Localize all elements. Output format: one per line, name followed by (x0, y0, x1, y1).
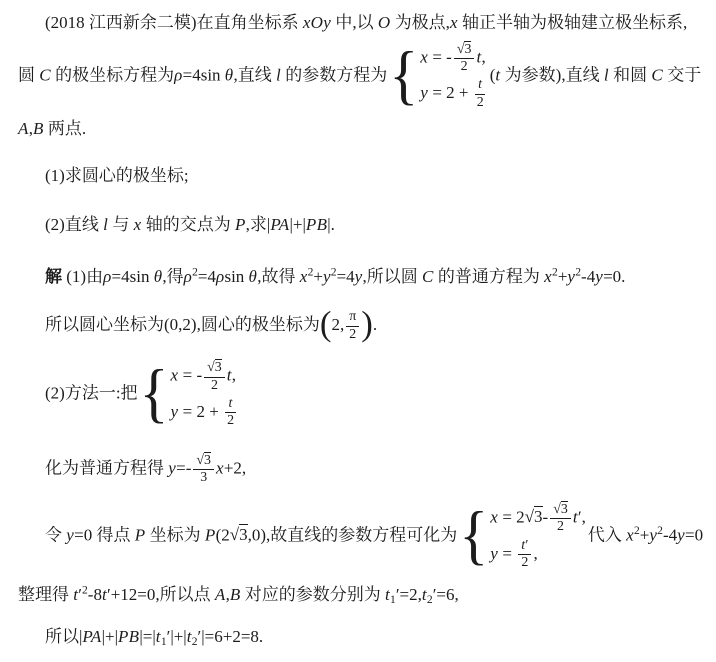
math-variable: y (595, 267, 603, 286)
fraction-denominator: 2 (209, 378, 220, 394)
math-variable: t (228, 396, 232, 411)
math-variable: xOy (303, 13, 331, 32)
solution-line-3: (2)方法一:把{x = -√32t,y = 2 + t2 (18, 359, 704, 430)
tall-paren: ( (320, 304, 332, 343)
math-variable: x (171, 365, 179, 384)
fraction: √32 (204, 359, 225, 394)
math-variable: t (478, 77, 482, 92)
radical-sign-icon: √ (525, 507, 534, 526)
math-variable: y (420, 83, 428, 102)
fraction-denominator: 2 (347, 327, 358, 343)
bold-label: 解 (45, 267, 62, 286)
math-variable: ρ (103, 267, 111, 286)
math-variable: B (230, 585, 241, 604)
math-variable: t (476, 47, 481, 66)
math-document-page: (2018 江西新余二模)在直角坐标系 xOy 中,以 O 为极点,x 轴正半轴… (0, 0, 716, 650)
radical-sign-icon: √ (207, 360, 215, 375)
solution-line-1: 解 (1)由ρ=4sin θ,得ρ2=4ρsin θ,故得 x2+y2=4y,所… (18, 264, 704, 290)
math-variable: l (604, 65, 609, 84)
math-variable: t (227, 365, 232, 384)
math-variable: y (323, 267, 331, 286)
superscript: 2 (331, 265, 337, 278)
fraction: π2 (346, 309, 359, 343)
math-variable: θ (225, 65, 234, 84)
equation-system: {x = -√32t,y = 2 + t2 (389, 41, 487, 112)
superscript: 2 (192, 265, 198, 278)
tall-paren: ) (361, 304, 373, 343)
math-variable: x (300, 267, 308, 286)
equation-row: x = -√32t, (171, 359, 239, 394)
sqrt-radical: √3 (525, 507, 543, 526)
subscript: 1 (390, 592, 396, 605)
sqrt-radical: √3 (230, 525, 248, 544)
math-variable: y (649, 525, 657, 544)
equation-system: {x = -√32t,y = 2 + t2 (140, 359, 238, 430)
math-variable: O (378, 13, 391, 32)
math-variable: t (102, 585, 107, 604)
fraction: √32 (550, 501, 571, 536)
math-variable: l (103, 215, 108, 234)
math-variable: x (626, 525, 634, 544)
problem-equation-line: 圆 C 的极坐标方程为ρ=4sin θ,直线 l 的参数方程为{x = -√32… (18, 41, 704, 112)
superscript: 2 (82, 583, 88, 596)
fraction-denominator: 2 (519, 555, 530, 571)
math-variable: y (168, 458, 176, 477)
fraction-numerator: √3 (550, 501, 571, 519)
math-variable: P (205, 525, 216, 544)
math-variable: t (573, 507, 578, 526)
math-variable: t (521, 538, 525, 553)
math-variable: θ (154, 267, 163, 286)
fraction-numerator: π (346, 309, 359, 326)
superscript: 2 (657, 524, 663, 537)
subscript: 2 (427, 592, 433, 605)
radicand: 3 (204, 452, 211, 469)
fraction-denominator: 2 (225, 413, 236, 429)
sqrt-radical: √3 (207, 360, 222, 375)
equation-system-rows: x = -√32t,y = 2 + t2 (420, 41, 488, 112)
fraction: √32 (454, 41, 475, 76)
math-variable: ρ (174, 65, 182, 84)
math-variable: y (490, 543, 498, 562)
math-variable: t (73, 585, 78, 604)
math-variable: y (355, 267, 363, 286)
problem-intro-line: (2018 江西新余二模)在直角坐标系 xOy 中,以 O 为极点,x 轴正半轴… (18, 10, 704, 36)
fraction-numerator: √3 (454, 41, 475, 59)
superscript: 2 (575, 265, 581, 278)
radicand: 3 (239, 524, 248, 545)
subscript: 1 (161, 635, 167, 648)
fraction: t2 (475, 77, 486, 111)
left-brace-icon: { (389, 43, 418, 108)
sqrt-radical: √3 (196, 453, 211, 468)
math-variable: P (235, 215, 246, 234)
fraction-denominator: 3 (198, 470, 209, 486)
radicand: 3 (215, 359, 222, 376)
fraction-denominator: 2 (475, 95, 486, 111)
math-variable: ρ (216, 267, 224, 286)
radical-sign-icon: √ (196, 453, 204, 468)
fraction: t2 (225, 396, 236, 430)
radical-sign-icon: √ (457, 42, 465, 57)
math-variable: C (651, 65, 663, 84)
math-variable: x (134, 215, 142, 234)
equation-system: {x = 2√3-√32t′,y = t′2, (459, 501, 586, 572)
math-variable: PA (270, 215, 289, 234)
superscript: 2 (552, 265, 558, 278)
fraction-numerator: t (475, 77, 485, 94)
math-variable: x (544, 267, 552, 286)
superscript: 2 (308, 265, 314, 278)
math-variable: y (677, 525, 685, 544)
math-variable: x (216, 458, 224, 477)
radical-sign-icon: √ (553, 502, 561, 517)
problem-points-line: A,B 两点. (18, 116, 704, 142)
equation-row: y = 2 + t2 (171, 396, 239, 430)
question-1-line: (1)求圆心的极坐标; (18, 163, 704, 189)
equation-system-rows: x = -√32t,y = 2 + t2 (171, 359, 239, 430)
math-variable: PB (118, 627, 139, 646)
math-variable: t (495, 65, 500, 84)
radicand: 3 (561, 501, 568, 518)
math-variable: B (33, 119, 44, 138)
fraction: t′2 (518, 538, 531, 572)
solution-line-7: 所以|PA|+|PB|=|t1′|+|t2′|=6+2=8. (18, 624, 704, 650)
math-variable: l (276, 65, 281, 84)
fraction-numerator: √3 (204, 359, 225, 377)
superscript: 2 (634, 524, 640, 537)
radicand: 3 (464, 41, 471, 58)
math-variable: A (215, 585, 226, 604)
fraction-denominator: 2 (459, 59, 470, 75)
solution-line-6: 整理得 t′2-8t′+12=0,所以点 A,B 对应的参数分别为 t1′=2,… (18, 582, 704, 608)
math-variable: x (490, 507, 498, 526)
equation-row: x = 2√3-√32t′, (490, 501, 586, 536)
math-variable: ρ (184, 267, 192, 286)
radicand: 3 (534, 506, 543, 527)
math-variable: P (135, 525, 146, 544)
solution-line-2: 所以圆心坐标为(0,2),圆心的极坐标为(2,π2). (18, 309, 704, 343)
math-variable: PB (306, 215, 327, 234)
radical-sign-icon: √ (230, 525, 239, 544)
math-variable: C (422, 267, 434, 286)
equation-row: y = 2 + t2 (420, 77, 488, 111)
fraction-numerator: t (225, 396, 235, 413)
math-variable: PA (82, 627, 101, 646)
equation-row: x = -√32t, (420, 41, 488, 76)
math-variable: y (171, 402, 179, 421)
math-variable: y (66, 525, 74, 544)
sqrt-radical: √3 (553, 502, 568, 517)
left-brace-icon: { (140, 362, 169, 427)
left-brace-icon: { (459, 504, 488, 569)
fraction-denominator: 2 (555, 519, 566, 535)
solution-line-5: 令 y=0 得点 P 坐标为 P(2√3,0),故直线的参数方程可化为{x = … (18, 501, 704, 572)
fraction: √33 (193, 452, 214, 487)
math-variable: C (39, 65, 51, 84)
subscript: 2 (192, 635, 198, 648)
math-variable: x (450, 13, 458, 32)
fraction-numerator: √3 (193, 452, 214, 470)
math-variable: x (420, 47, 428, 66)
solution-line-4: 化为普通方程得 y=-√33x+2, (18, 452, 704, 487)
sqrt-radical: √3 (457, 42, 472, 57)
equation-row: y = t′2, (490, 538, 586, 572)
math-variable: A (18, 119, 29, 138)
fraction-numerator: t′ (518, 538, 531, 555)
question-2-line: (2)直线 l 与 x 轴的交点为 P,求|PA|+|PB|. (18, 212, 704, 238)
math-variable: θ (249, 267, 258, 286)
equation-system-rows: x = 2√3-√32t′,y = t′2, (490, 501, 586, 572)
